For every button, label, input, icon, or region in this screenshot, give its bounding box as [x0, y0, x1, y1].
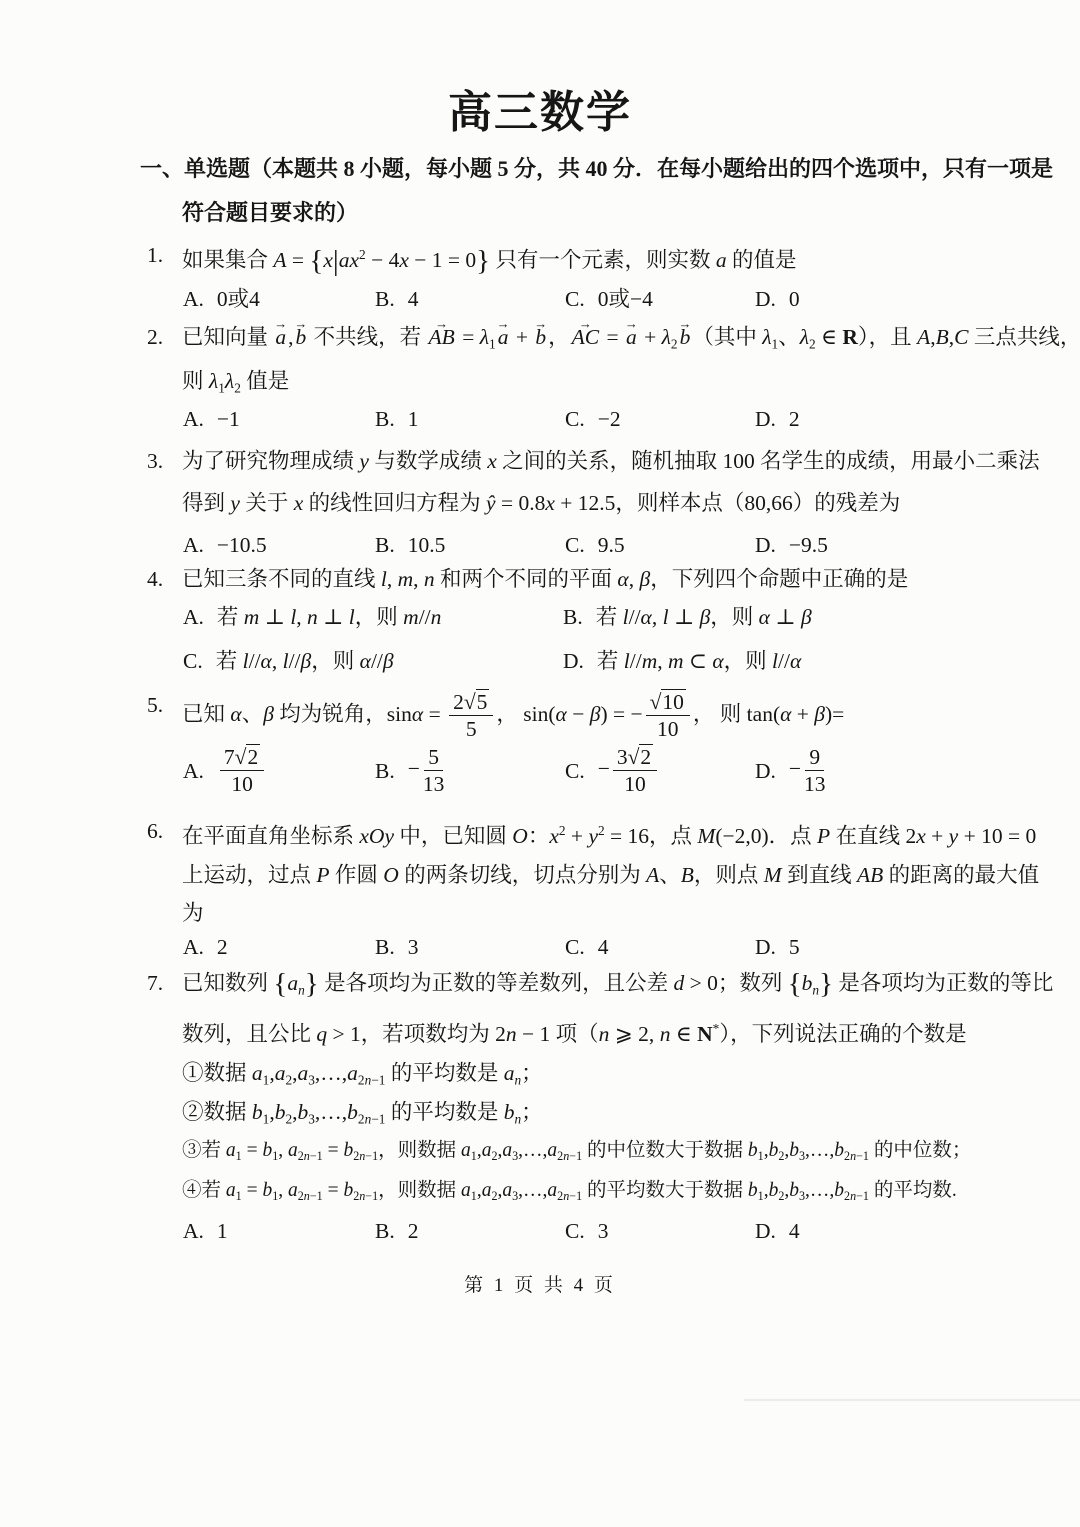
question-5-body: 5. 已知 α、β 均为锐角，sinα = 2√55， sin(α − β) =…	[0, 690, 1080, 741]
question-3-options: A.−10.5 B.10.5 C.9.5 D.−9.5	[183, 530, 1060, 560]
option-value: 2	[217, 932, 228, 962]
q5-option-c: C.−3√210	[565, 745, 755, 796]
option-label: B.	[375, 932, 395, 962]
q3-option-b: B.10.5	[375, 530, 565, 560]
q2-option-a: A.−1	[183, 404, 375, 434]
q6-option-a: A.2	[183, 932, 375, 962]
q2-option-b: B.1	[375, 404, 565, 434]
option-value: −2	[598, 404, 621, 434]
question-2-number: 2.	[147, 322, 163, 352]
question-2-options: A.−1 B.1 C.−2 D.2	[183, 404, 1060, 434]
option-value: 3	[598, 1216, 609, 1246]
q4-option-a: A.若 m ⊥ l, n ⊥ l，则 m//n	[183, 602, 563, 632]
option-value: −513	[408, 745, 448, 796]
option-value: 2	[789, 404, 800, 434]
question-2-body-line2: 则 λ1λ2 值是	[0, 366, 1080, 404]
option-value: 0或4	[217, 284, 260, 314]
question-6-text-line1: 在平面直角坐标系 xOy 中，已知圆 O：x2 + y2 = 16，点 M(−2…	[182, 824, 1036, 848]
question-6-text-line3: 为	[182, 901, 204, 925]
option-label: C.	[565, 932, 585, 962]
question-1-number: 1.	[147, 240, 163, 270]
option-value: −1	[217, 404, 240, 434]
option-label: B.	[375, 530, 395, 560]
question-2-body-line1: 2. 已知向量 a,b 不共线，若 AB = λ1a + b，AC = a + …	[0, 322, 1080, 360]
question-5-options: A.7√210 B.−513 C.−3√210 D.−913	[183, 745, 1060, 796]
statement-4-text: ④若 a1 = b1, a2n−1 = b2n−1，则数据 a1,a2,a3,……	[182, 1180, 957, 1201]
option-label: D.	[755, 756, 776, 786]
statement-3-text: ③若 a1 = b1, a2n−1 = b2n−1，则数据 a1,a2,a3,……	[182, 1140, 971, 1161]
question-6-text-line2: 上运动，过点 P 作圆 O 的两条切线，切点分别为 A、B，则点 M 到直线 A…	[182, 863, 1039, 887]
question-6-number: 6.	[147, 816, 163, 846]
option-value: 1	[217, 1216, 228, 1246]
option-value: 10.5	[408, 530, 446, 560]
option-label: A.	[183, 1216, 204, 1246]
option-value: 2	[408, 1216, 419, 1246]
q6-option-d: D.5	[755, 932, 1060, 962]
option-value: 若 l//α, l ⊥ β，则 α ⊥ β	[596, 602, 812, 632]
q7-option-b: B.2	[375, 1216, 565, 1246]
question-2-text-line2: 则 λ1λ2 值是	[182, 369, 289, 393]
question-6-body-line2: 上运动，过点 P 作圆 O 的两条切线，切点分别为 A、B，则点 M 到直线 A…	[0, 860, 1080, 890]
question-7-body-line1: 7. 已知数列 {an} 是各项均为正数的等差数列，且公差 d > 0；数列 {…	[0, 968, 1080, 1006]
option-value: −10.5	[217, 530, 267, 560]
q3-option-a: A.−10.5	[183, 530, 375, 560]
option-label: A.	[183, 530, 204, 560]
option-label: B.	[375, 1216, 395, 1246]
question-5-text: 已知 α、β 均为锐角，sinα = 2√55， sin(α − β) = −√…	[182, 702, 844, 726]
question-1-options: A.0或4 B.4 C.0或−4 D.0	[183, 284, 1060, 314]
question-7-body-line2: 数列，且公比 q > 1，若项数均为 2n − 1 项（n ⩾ 2, n ∈ N…	[0, 1014, 1080, 1049]
q1-option-c: C.0或−4	[565, 284, 755, 314]
option-value: −9.5	[789, 530, 828, 560]
question-3-number: 3.	[147, 446, 163, 476]
question-7-statement-1: ①数据 a1,a2,a3,…,a2n−1 的平均数是 an；	[0, 1058, 1080, 1096]
option-label: A.	[183, 602, 204, 632]
option-label: C.	[565, 530, 585, 560]
question-4-number: 4.	[147, 564, 163, 594]
q3-option-c: C.9.5	[565, 530, 755, 560]
option-value: 若 l//m, m ⊂ α，则 l//α	[597, 646, 801, 676]
option-value: 1	[408, 404, 419, 434]
option-label: B.	[375, 284, 395, 314]
option-value: −913	[789, 745, 829, 796]
q4-option-d: D.若 l//m, m ⊂ α，则 l//α	[563, 646, 1060, 676]
option-label: D.	[563, 646, 584, 676]
option-label: A.	[183, 932, 204, 962]
question-3-body-line1: 3. 为了研究物理成绩 y 与数学成绩 x 之间的关系，随机抽取 100 名学生…	[0, 446, 1080, 476]
q3-option-d: D.−9.5	[755, 530, 1060, 560]
question-5-number: 5.	[147, 690, 163, 720]
question-4-body: 4. 已知三条不同的直线 l, m, n 和两个不同的平面 α, β，下列四个命…	[0, 564, 1080, 594]
page-number-footer: 第 1 页 共 4 页	[0, 1270, 1080, 1297]
option-label: B.	[375, 404, 395, 434]
question-6-body-line3: 为	[0, 898, 1080, 928]
question-3-body-line2: 得到 y 关于 x 的线性回归方程为 ŷ = 0.8x + 12.5，则样本点（…	[0, 488, 1080, 518]
option-value: 4	[789, 1216, 800, 1246]
q6-option-b: B.3	[375, 932, 565, 962]
question-7-text-line1: 已知数列 {an} 是各项均为正数的等差数列，且公差 d > 0；数列 {bn}…	[182, 971, 1053, 995]
q4-option-b: B.若 l//α, l ⊥ β，则 α ⊥ β	[563, 602, 1060, 632]
question-4-text: 已知三条不同的直线 l, m, n 和两个不同的平面 α, β，下列四个命题中正…	[182, 567, 908, 591]
option-label: A.	[183, 756, 204, 786]
scan-shadow-line	[744, 1399, 1080, 1401]
option-value: 若 m ⊥ l, n ⊥ l，则 m//n	[217, 602, 441, 632]
q1-option-d: D.0	[755, 284, 1060, 314]
question-7-statement-3: ③若 a1 = b1, a2n−1 = b2n−1，则数据 a1,a2,a3,……	[0, 1136, 1080, 1171]
option-value: 0	[789, 284, 800, 314]
q7-option-c: C.3	[565, 1216, 755, 1246]
exam-title: 高三数学	[0, 76, 1080, 140]
statement-1-text: ①数据 a1,a2,a3,…,a2n−1 的平均数是 an；	[182, 1061, 543, 1085]
q7-option-d: D.4	[755, 1216, 1060, 1246]
option-label: D.	[755, 284, 776, 314]
q5-option-a: A.7√210	[183, 745, 375, 796]
section-heading-line2: 符合题目要求的）	[0, 196, 1080, 227]
option-value: 4	[598, 932, 609, 962]
option-label: C.	[565, 756, 585, 786]
option-label: A.	[183, 404, 204, 434]
question-3-text-line2: 得到 y 关于 x 的线性回归方程为 ŷ = 0.8x + 12.5，则样本点（…	[182, 491, 900, 515]
question-4-options-row1: A.若 m ⊥ l, n ⊥ l，则 m//n B.若 l//α, l ⊥ β，…	[183, 602, 1060, 632]
statement-2-text: ②数据 b1,b2,b3,…,b2n−1 的平均数是 bn；	[182, 1100, 543, 1124]
question-7-number: 7.	[147, 968, 163, 998]
question-7-statement-4: ④若 a1 = b1, a2n−1 = b2n−1，则数据 a1,a2,a3,……	[0, 1176, 1080, 1211]
q7-option-a: A.1	[183, 1216, 375, 1246]
question-3-text-line1: 为了研究物理成绩 y 与数学成绩 x 之间的关系，随机抽取 100 名学生的成绩…	[182, 449, 1040, 473]
question-7-text-line2: 数列，且公比 q > 1，若项数均为 2n − 1 项（n ⩾ 2, n ∈ N…	[182, 1022, 967, 1046]
question-2-text-line1: 已知向量 a,b 不共线，若 AB = λ1a + b，AC = a + λ2b…	[182, 325, 1080, 349]
q6-option-c: C.4	[565, 932, 755, 962]
question-6-body-line1: 6. 在平面直角坐标系 xOy 中，已知圆 O：x2 + y2 = 16，点 M…	[0, 816, 1080, 851]
q5-option-b: B.−513	[375, 745, 565, 796]
option-label: D.	[755, 1216, 776, 1246]
section-heading-line1: 一、单选题（本题共 8 小题，每小题 5 分，共 40 分．在每小题给出的四个选…	[0, 152, 1080, 183]
question-1-text: 如果集合 A = {x|ax2 − 4x − 1 = 0} 只有一个元素，则实数…	[182, 248, 796, 272]
option-label: D.	[755, 530, 776, 560]
q5-option-d: D.−913	[755, 745, 1060, 796]
option-label: D.	[755, 932, 776, 962]
option-value: 若 l//α, l//β，则 α//β	[216, 646, 394, 676]
q2-option-c: C.−2	[565, 404, 755, 434]
option-label: C.	[183, 646, 203, 676]
q2-option-d: D.2	[755, 404, 1060, 434]
option-label: C.	[565, 1216, 585, 1246]
q4-option-c: C.若 l//α, l//β，则 α//β	[183, 646, 563, 676]
question-6-options: A.2 B.3 C.4 D.5	[183, 932, 1060, 962]
option-value: 5	[789, 932, 800, 962]
option-value: 7√210	[217, 745, 267, 796]
option-label: B.	[375, 756, 395, 786]
option-label: D.	[755, 404, 776, 434]
option-label: C.	[565, 404, 585, 434]
question-7-options: A.1 B.2 C.3 D.4	[183, 1216, 1060, 1246]
option-label: B.	[563, 602, 583, 632]
option-value: 4	[408, 284, 419, 314]
option-value: 3	[408, 932, 419, 962]
option-value: −3√210	[598, 745, 660, 796]
question-1-body: 1. 如果集合 A = {x|ax2 − 4x − 1 = 0} 只有一个元素，…	[0, 240, 1080, 276]
question-7-statement-2: ②数据 b1,b2,b3,…,b2n−1 的平均数是 bn；	[0, 1097, 1080, 1135]
question-4-options-row2: C.若 l//α, l//β，则 α//β D.若 l//m, m ⊂ α，则 …	[183, 646, 1060, 676]
option-label: A.	[183, 284, 204, 314]
option-value: 9.5	[598, 530, 625, 560]
exam-page: 高三数学 一、单选题（本题共 8 小题，每小题 5 分，共 40 分．在每小题给…	[0, 0, 1080, 1527]
